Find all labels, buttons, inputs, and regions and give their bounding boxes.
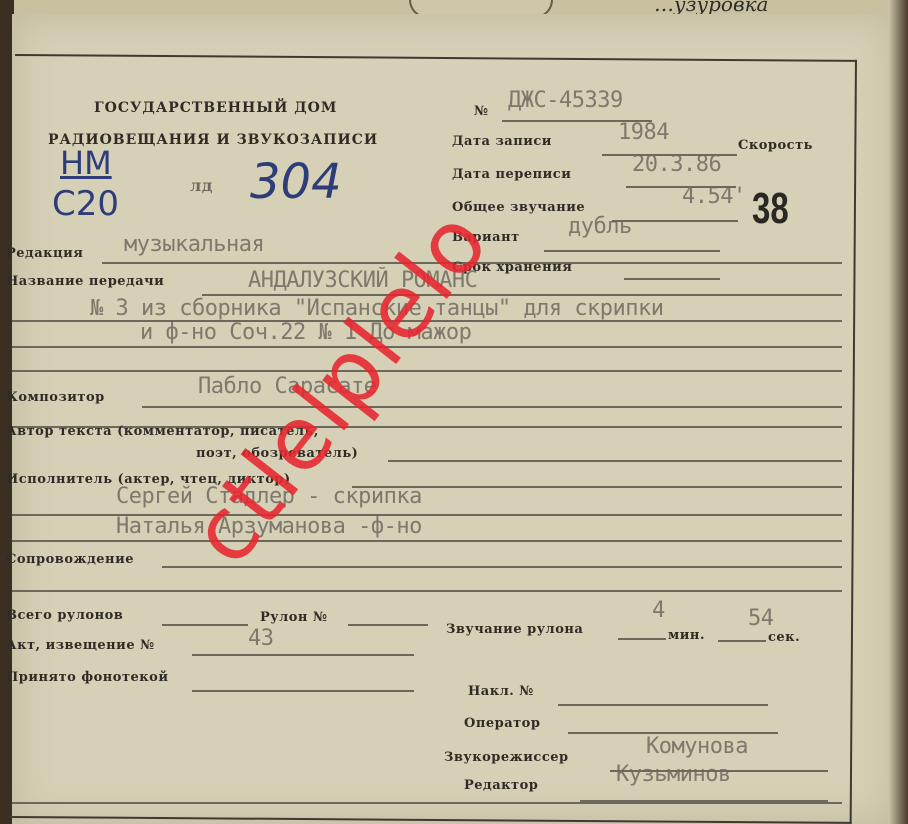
storage-term-line [624,278,720,280]
performer-line [352,486,842,488]
number-value: ДЖС-45339 [508,88,623,113]
record-date-label: Дата записи [452,134,552,149]
editorial-label: Редакция [6,246,83,261]
reel-number-line [348,624,428,626]
total-reels-label: Всего рулонов [6,608,123,623]
speed-value: 38 [752,184,789,234]
composer-line [142,406,842,408]
program-title-label: Название передачи [6,274,164,289]
editorial-value: музыкальная [124,232,264,257]
record-date-value: 1984 [618,120,669,145]
number-label: № [474,104,489,119]
reel-seconds-line [718,640,766,642]
editor-value: Кузьминов [616,762,731,787]
rewrite-date-label: Дата переписи [452,167,571,182]
total-duration-label: Общее звучание [452,200,585,215]
accepted-line [192,690,414,692]
variant-value: дубль [568,214,632,239]
operator-label: Оператор [464,716,540,731]
org-line-1: ГОСУДАРСТВЕННЫЙ ДОМ [94,100,337,116]
blank-line-1 [12,370,842,372]
blank-line-3 [12,590,842,592]
archive-card: ГОСУДАРСТВЕННЫЙ ДОМ РАДИОВЕЩАНИЯ И ЗВУКО… [12,14,894,824]
total-duration-value: 4.54' [682,184,746,209]
text-author-line [388,460,842,462]
accepted-label: Принято фонотекой [6,670,169,685]
bottom-rule [12,802,842,804]
act-notice-value: 43 [248,626,274,651]
reel-number-label: Рулон № [260,610,328,625]
sec-label: сек. [768,630,800,645]
handwritten-code-top: НМ [60,144,112,182]
min-label: мин. [668,628,705,643]
ld-number: 304 [250,154,342,210]
reel-minutes-line [618,638,666,640]
speed-label: Скорость [738,138,813,153]
reel-seconds-value: 54 [748,606,774,631]
accompaniment-label: Сопровождение [6,552,134,567]
ld-label: лд [190,176,213,195]
invoice-line [558,704,768,706]
act-notice-label: Акт, извещение № [6,638,155,653]
reel-minutes-value: 4 [652,598,665,623]
rewrite-date-value: 20.3.86 [632,152,721,177]
composer-label: Композитор [6,390,105,405]
handwritten-code-bottom: С20 [52,184,119,224]
reel-duration-label: Звучание рулона [446,622,583,637]
editor-label: Редактор [464,778,538,793]
total-reels-line [162,624,248,626]
page-edge-shadow [888,0,908,824]
variant-line [544,250,720,252]
performer-underline-2 [12,540,842,542]
act-notice-line [192,654,414,656]
invoice-label: Накл. № [468,684,534,699]
sound-director-label: Звукорежиссер [444,750,569,765]
sound-director-value: Комунова [646,734,748,759]
